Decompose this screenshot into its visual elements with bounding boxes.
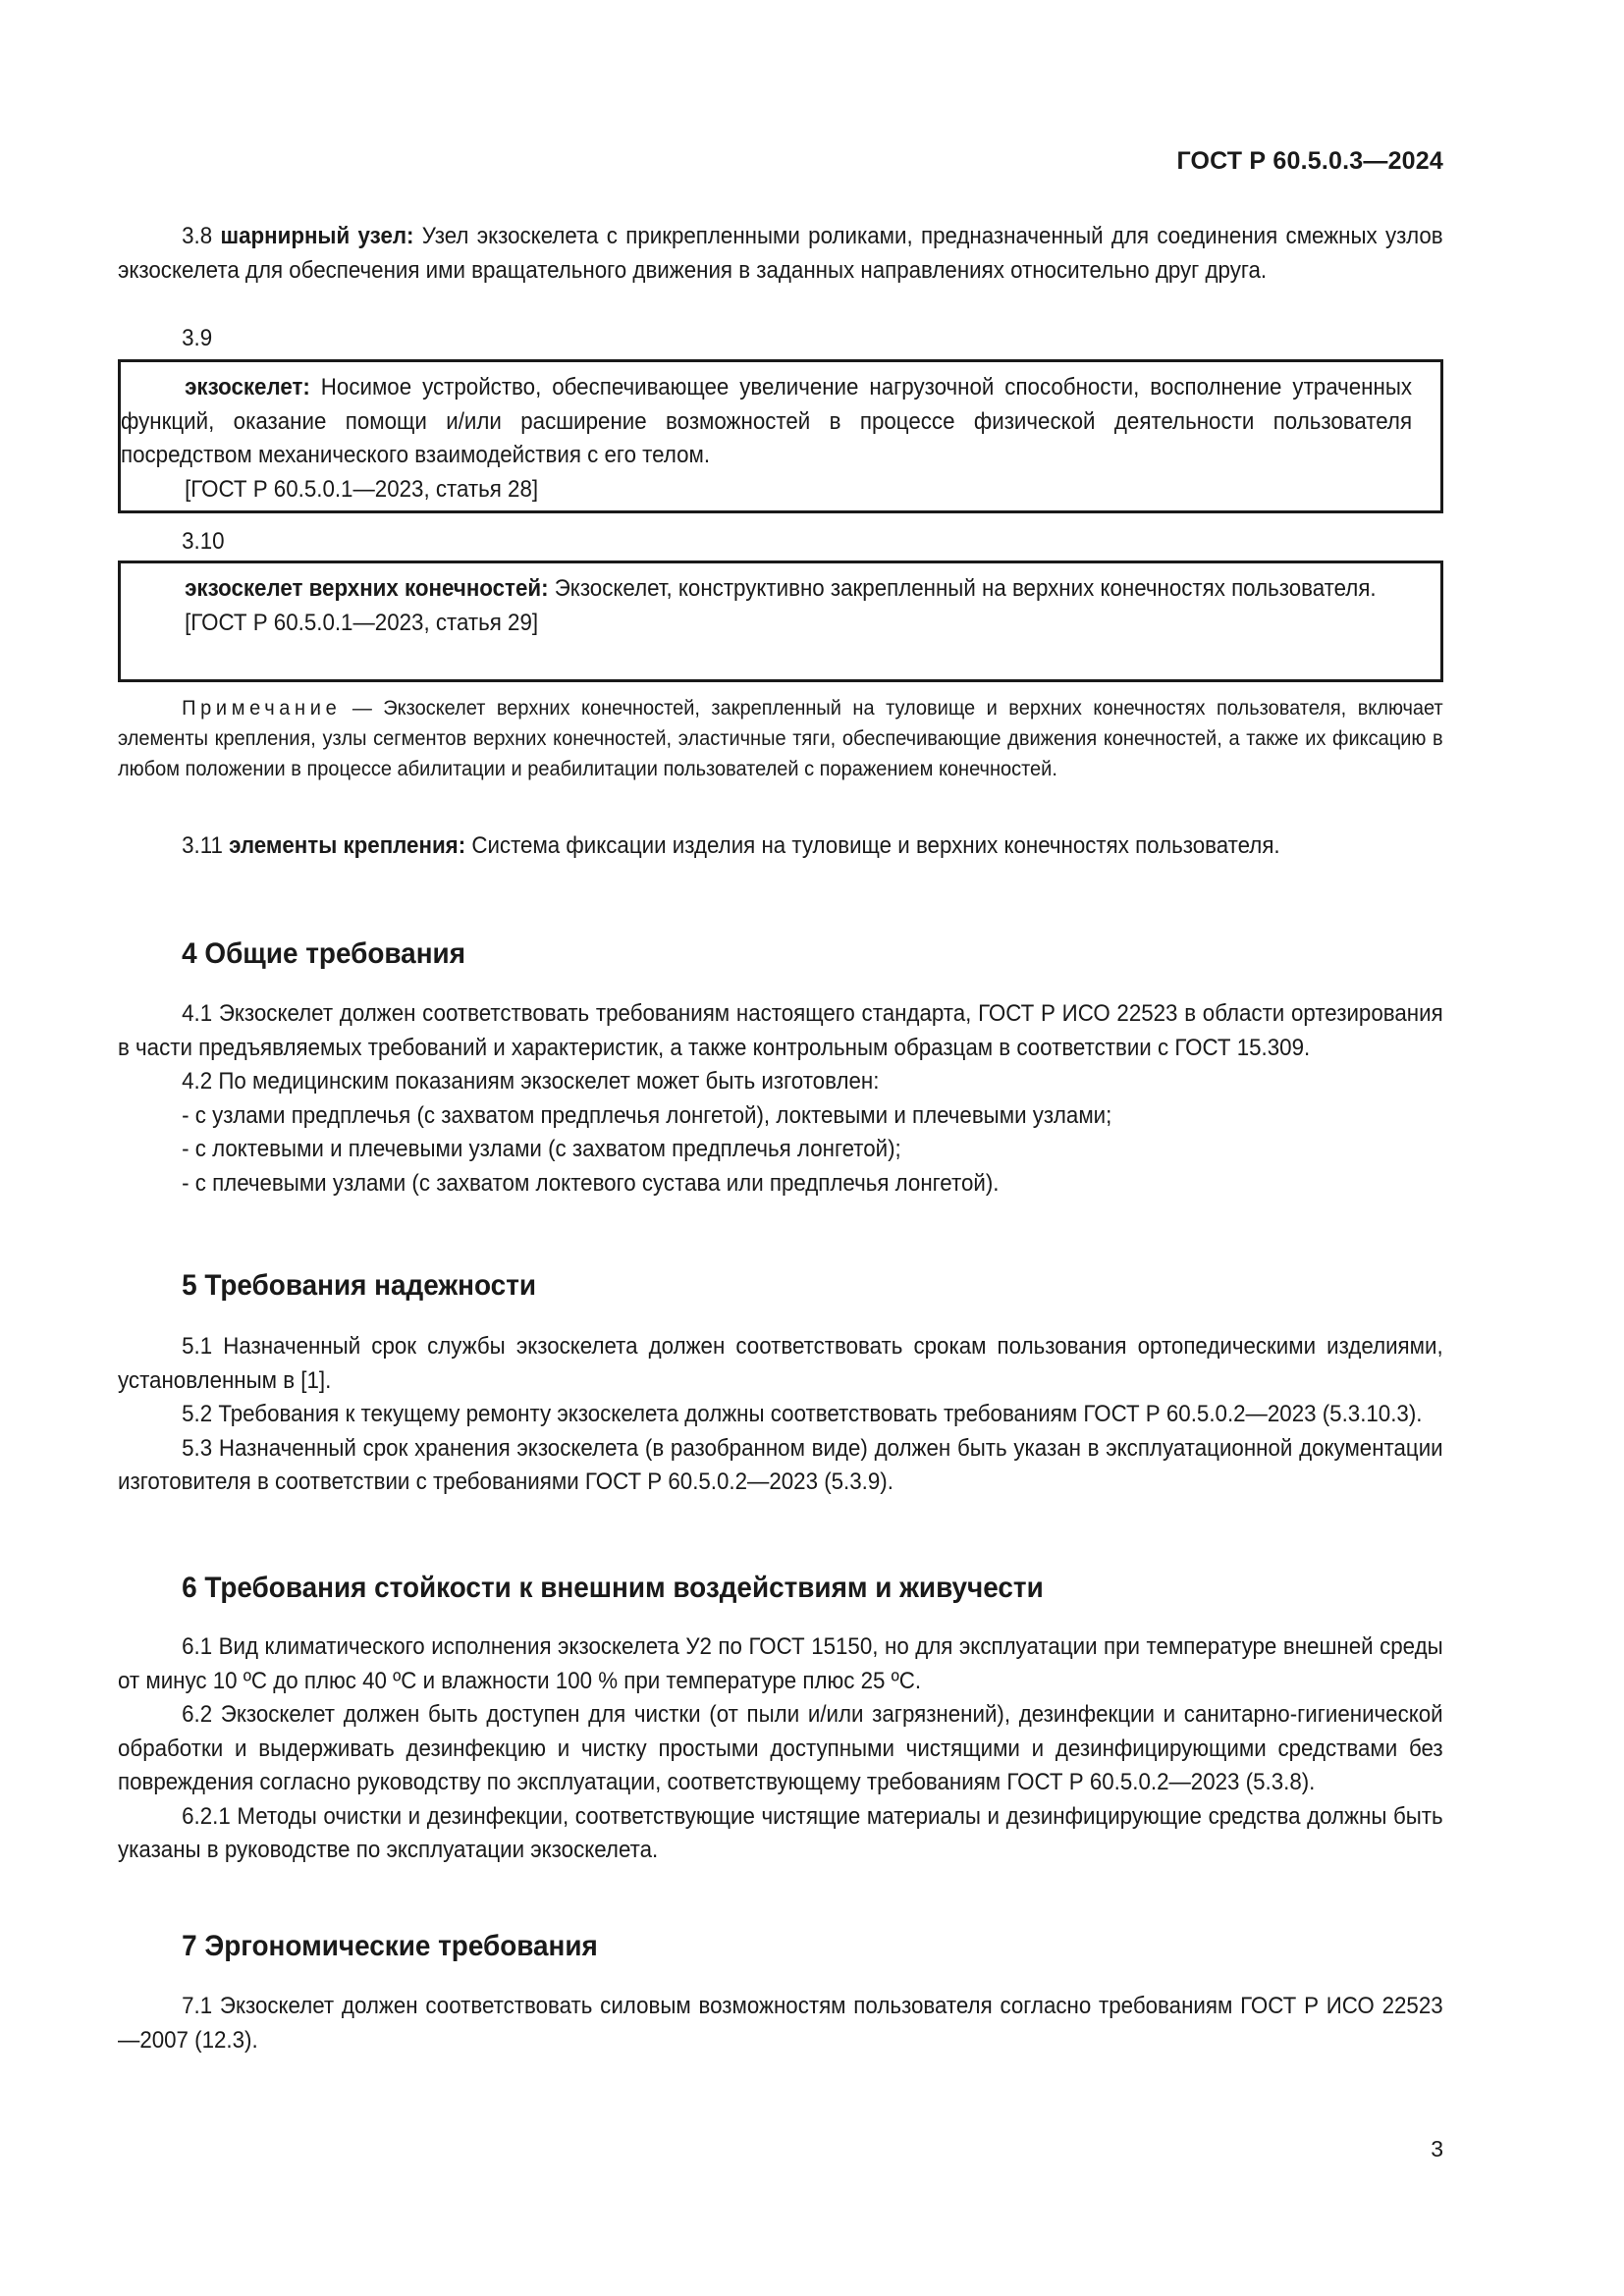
section-7-body: 7.1 Экзоскелет должен соответствовать си… [118, 1990, 1443, 2057]
term-number-3-10: 3.10 [118, 525, 225, 560]
note-label: Примечание [182, 696, 341, 720]
list-item: - с локтевыми и плечевыми узлами (с захв… [118, 1133, 1443, 1167]
paragraph-6-2: 6.2 Экзоскелет должен быть доступен для … [118, 1698, 1443, 1800]
term-definition: Экзоскелет, конструктивно закрепленный н… [555, 575, 1377, 602]
section-4-body: 4.1 Экзоскелет должен соответствовать тр… [118, 997, 1443, 1201]
term-name: экзоскелет: [185, 374, 310, 400]
term-name: элементы крепления: [229, 832, 465, 859]
paragraph-5-1: 5.1 Назначенный срок службы экзоскелета … [118, 1330, 1443, 1398]
term-number: 3.8 [182, 223, 212, 249]
paragraph-5-2: 5.2 Требования к текущему ремонту экзоск… [118, 1398, 1443, 1432]
section-6-body: 6.1 Вид климатического исполнения экзоск… [118, 1630, 1443, 1868]
term-definition: Носимое устройство, обеспечивающее увели… [121, 374, 1412, 468]
list-item: - с узлами предплечья (с захватом предпл… [118, 1099, 1443, 1134]
page-number: 3 [1431, 2136, 1443, 2163]
term-3-10-note: Примечание — Экзоскелет верхних конечнос… [118, 693, 1443, 784]
paragraph-4-1: 4.1 Экзоскелет должен соответствовать тр… [118, 997, 1443, 1065]
paragraph-7-1: 7.1 Экзоскелет должен соответствовать си… [118, 1990, 1443, 2057]
paragraph-5-3: 5.3 Назначенный срок хранения экзоскелет… [118, 1432, 1443, 1500]
paragraph-6-1: 6.1 Вид климатического исполнения экзоск… [118, 1630, 1443, 1698]
section-6-heading: 6 Требования стойкости к внешним воздейс… [118, 1569, 1044, 1608]
standard-code-header: ГОСТ Р 60.5.0.3—2024 [1176, 147, 1443, 176]
term-3-8: 3.8 шарнирный узел: Узел экзоскелета с п… [118, 220, 1443, 288]
term-3-11: 3.11 элементы крепления: Система фиксаци… [118, 829, 1443, 864]
list-item: - с плечевыми узлами (с захватом локтево… [118, 1167, 1443, 1201]
term-source: [ГОСТ Р 60.5.0.1—2023, статья 29] [121, 607, 1431, 641]
term-3-9-box: экзоскелет: Носимое устройство, обеспечи… [118, 359, 1443, 513]
paragraph-4-2: 4.2 По медицинским показаниям экзоскелет… [118, 1065, 1443, 1099]
term-number-3-9: 3.9 [118, 322, 212, 356]
term-definition: Система фиксации изделия на туловище и в… [471, 832, 1279, 859]
paragraph-6-2-1: 6.2.1 Методы очистки и дезинфекции, соот… [118, 1800, 1443, 1868]
term-name: экзоскелет верхних конечностей: [185, 575, 548, 602]
section-4-heading: 4 Общие требования [118, 934, 465, 974]
section-5-heading: 5 Требования надежности [118, 1266, 536, 1306]
term-source: [ГОСТ Р 60.5.0.1—2023, статья 28] [121, 473, 1431, 507]
section-5-body: 5.1 Назначенный срок службы экзоскелета … [118, 1330, 1443, 1500]
term-number: 3.11 [182, 832, 223, 859]
section-7-heading: 7 Эргономические требования [118, 1927, 598, 1966]
term-name: шарнирный узел: [220, 223, 413, 249]
term-3-10-box: экзоскелет верхних конечностей: Экзоскел… [118, 561, 1443, 682]
